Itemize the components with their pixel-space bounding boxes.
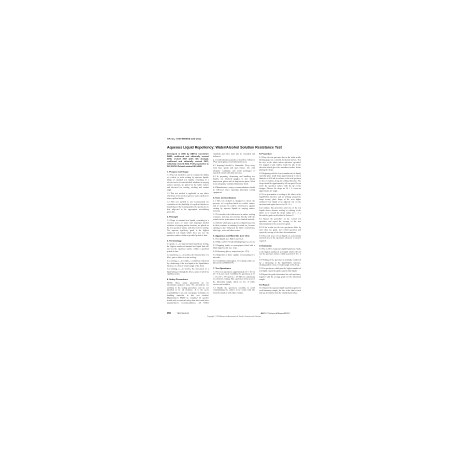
section-paragraph: 8.3 If no penetration or wetting of the … [259, 194, 301, 207]
section-paragraph: 5.1 This test method is designed to dete… [213, 200, 255, 213]
section-paragraph: 2.1 Drops of standard test liquids, cons… [167, 220, 209, 238]
section-heading: 10. Report [259, 284, 301, 287]
section-paragraph: 4.3 In preparing, dispensing and handlin… [213, 176, 255, 186]
page-background: { "page": { "header": "AATCC Test Method… [0, 0, 458, 458]
section-heading: 5. Uses and Limitations [213, 197, 255, 200]
section-heading: 3. Terminology [167, 240, 209, 243]
section-paragraph: 9.4 Report the grade determined for each… [259, 274, 301, 282]
method-number: AATCC Test Method 193-2011 [167, 138, 301, 141]
section-paragraph: 3.2 repellency, n.—in textiles, the char… [167, 254, 209, 259]
section-paragraph: 5.2 Test results reflect differences in … [213, 214, 255, 222]
section-paragraph: 3.3 wetting, n.—in textiles, a condition… [167, 260, 209, 268]
section-paragraph: 3.1 grade, n.—in aqueous liquid repellen… [167, 243, 209, 253]
section-paragraph: 8.7 Run each series of test liquids on a… [259, 235, 301, 243]
section-paragraph: 4.2 Isopropyl alcohol is flammable. Keep… [213, 165, 255, 175]
section-paragraph: 8.5 Repeat the procedure on the second t… [259, 218, 301, 226]
manual-name: AATCC Technical Manual/2012 [261, 312, 301, 314]
section-paragraph: 7.2 Handle the specimens carefully to av… [213, 287, 255, 295]
section-heading: 4. Safety Precautions [167, 278, 209, 281]
section-paragraph: 9.1 The AATCC Aqueous Liquid Repellency … [259, 248, 301, 258]
section-heading: 9. Evaluation [259, 245, 301, 248]
section-paragraph: 4.1 Good laboratory practices should be … [213, 159, 255, 164]
section-paragraph: 8.1 Place the test specimen flat on the … [259, 157, 301, 172]
section-heading: 1. Purpose and Scope [167, 171, 209, 174]
section-paragraph: 6.4 Laboratory gloves, impervious (see 1… [213, 251, 255, 254]
section-paragraph: 4.4 Manufacturer's safety recommendation… [213, 187, 255, 195]
section-paragraph: 8.2 Beginning with the lowest numbered t… [259, 173, 301, 193]
section-paragraph: 6.6 Conditioned atmosphere for testing t… [213, 260, 255, 265]
document-footer: 350 TM 193-2011 AATCC Technical Manual/2… [167, 312, 301, 314]
document-columns: Developed in 2005 by AATCC Committee RA6… [167, 153, 301, 305]
intro-paragraph: Developed in 2005 by AATCC Committee RA6… [167, 153, 209, 168]
section-heading: 6. Apparatus and Materials (see 12.1) [213, 235, 255, 238]
section-paragraph: 9.2 Wetting of the specimen is normally … [259, 259, 301, 267]
method-ref: TM 193-2011 [177, 312, 189, 314]
section-paragraph: 7.1 Two test specimens approximately 20 … [213, 271, 255, 286]
section-paragraph: 8.6 If the results for the two specimens… [259, 227, 301, 235]
page-number: 350 [167, 312, 171, 314]
section-paragraph: 1.3 This test method is not recommended … [167, 201, 209, 214]
section-paragraph: 1.1 This test method is used to evaluate… [167, 174, 209, 192]
section-heading: 2. Principle [167, 216, 209, 219]
section-paragraph: 6.1 Test liquids (see Table I and 12.2). [213, 238, 255, 241]
section-heading: 7. Test Specimens [213, 267, 255, 270]
section-paragraph: 6.3 Dropping bottles or micropipette fit… [213, 245, 255, 250]
document-content: AATCC Test Method 193-2011 Aqueous Liqui… [167, 138, 301, 318]
copyright-line: Copyright © 2011 American Association of… [167, 316, 301, 318]
section-paragraph: 3.4 wicking, n.—in textiles, the movemen… [167, 268, 209, 276]
document-page: AATCC Test Method 193-2011 Aqueous Liqui… [167, 138, 301, 326]
section-paragraph: 6.2 White AATCC Textile Blotting Paper (… [213, 241, 255, 244]
section-heading: 8. Procedure [259, 153, 301, 156]
section-paragraph: 9.3 For specimens which pass the highest… [259, 268, 301, 273]
footer-left: 350 TM 193-2011 [167, 312, 189, 314]
section-paragraph: 8.4 Continue this procedure until one of… [259, 207, 301, 217]
section-paragraph: 6.5 Stopwatch or timer capable of measur… [213, 254, 255, 259]
section-paragraph: 5.3 Fabrics which pass a given test liqu… [213, 222, 255, 232]
section-paragraph: 1.2 This test method is applicable to an… [167, 193, 209, 201]
document-title: Aqueous Liquid Repellency: Water/Alcohol… [167, 145, 301, 149]
section-paragraph: 10.1 Report the aqueous liquid repellenc… [259, 287, 301, 295]
